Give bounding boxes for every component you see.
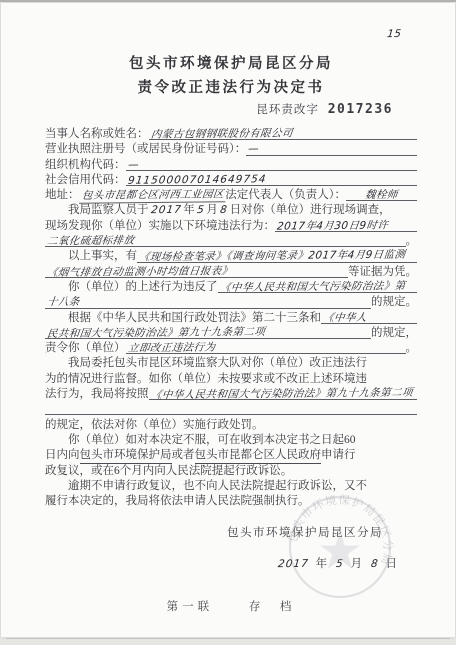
field-credit-code-value: 911500007014649754	[125, 172, 269, 189]
day-char: 日	[230, 203, 242, 218]
copy-designation-row: 第一联 存 档	[45, 599, 417, 615]
date-day-value: 8	[368, 556, 381, 572]
field-address: 地址： 包头市昆都仑区河西工业园区 法定代表人（负责人）： 魏栓师	[45, 188, 417, 203]
document-content: 15 包头市环境保护局昆区分局 责令改正违法行为决定书 昆环责改字 201723…	[45, 25, 417, 615]
appeal-text-3: 政复议，或在6个月内向人民法院提起行政诉讼。	[45, 464, 292, 479]
violation-value-2: 二氧化硫超标排放	[44, 234, 137, 250]
field-org-code-label: 组织机构代码：	[45, 158, 126, 173]
legal-basis-value-1: 《中华人	[320, 310, 369, 326]
field-legal-rep-value: 魏栓师	[362, 188, 400, 204]
inspection-text-pre: 我局监察人员于	[68, 203, 149, 218]
supervision-text-2: 为的情况进行监督。如你（单位）未按要求或不改正上述环境违	[45, 372, 367, 387]
order-value: 立即改正违法行为	[125, 341, 218, 357]
violation-blank-2: 二氧化硫超标排放	[45, 234, 406, 247]
field-credit-code-label: 社会信用代码：	[45, 173, 126, 188]
legal-basis-post: 的规定，	[371, 326, 417, 341]
appeal-review-org-2: 包头市昆都仑区人民政府	[195, 448, 322, 463]
date-day-char: 日	[386, 558, 400, 570]
date-year-char: 年	[316, 558, 330, 570]
legal-basis-pre: 根据《中华人民共和国行政处罚法》第二十三条和	[68, 311, 321, 326]
appeal-text-2-mid: 或者	[172, 448, 195, 463]
violation-blank-1: 2017年4月30日9时许	[275, 219, 417, 232]
field-license: 营业执照注册号（或居民身份证号码）： —	[45, 142, 417, 157]
document-title-agency: 包头市环境保护局昆区分局	[45, 55, 417, 73]
field-party: 当事人名称或姓名： 内蒙古包钢钢联股份有限公司	[45, 127, 417, 142]
decision-date-row: 2017 年 5 月 8 日	[45, 556, 417, 572]
document-number-stamp: 2017236	[328, 102, 393, 117]
violated-article-line: 十八条 的规定。	[45, 295, 417, 310]
legal-basis-line-2: 民共和国大气污染防治法》第九十九条第二项 的规定，	[45, 326, 417, 341]
date-month-char: 月	[351, 558, 365, 570]
order-pre: 责令你（单位）	[45, 341, 126, 356]
evidence-line: 《烟气排放自动监测小时均值日报表》 等证据为凭。	[45, 265, 417, 280]
supervision-line-1: 我局委托包头市昆区环境监察大队对你（单位）改正违法行	[45, 356, 417, 371]
inspection-line: 我局监察人员于 2017 年 5 月 8 日 对你（单位）进行现场调查，	[45, 203, 417, 218]
field-org-code-blank: —	[126, 158, 418, 171]
facts-text-pre: 以上事实，有	[68, 249, 137, 264]
copy-purpose-label: 存 档	[249, 601, 296, 613]
field-legal-rep-label: 法定代表人（负责人）：	[225, 188, 346, 203]
field-org-code: 组织机构代码： —	[45, 158, 417, 173]
empty-underline-line	[45, 402, 417, 417]
violation-label-line: 现场发现你（单位）实施以下环境违法行为： 2017年4月30日9时许	[45, 219, 417, 234]
appeal-review-org-1: 包头市环境保护局	[80, 448, 172, 463]
order-line: 责令你（单位） 立即改正违法行为 。	[45, 341, 417, 356]
field-legal-rep-blank: 魏栓师	[346, 188, 417, 201]
enforcement-line-1: 逾期不申请行政复议，也不向人民法院提起行政诉讼，又不	[45, 479, 417, 494]
evidence-blank-2: 《烟气排放自动监测小时均值日报表》	[45, 265, 348, 278]
field-credit-code-blank: 911500007014649754	[126, 173, 418, 186]
violation-found-label: 现场发现你（单位）实施以下环境违法行为：	[45, 219, 275, 234]
violated-law-post: 的规定。	[371, 295, 417, 310]
field-party-label: 当事人名称或姓名：	[45, 127, 149, 142]
appeal-line-2: 日内向 包头市环境保护局 或者 包头市昆都仑区人民政府 申请行	[45, 448, 417, 463]
document-number-label: 昆环责改字	[256, 104, 319, 116]
inspection-year-value: 2017	[148, 203, 184, 219]
field-license-value: —	[245, 142, 262, 157]
violated-law-value-2: 十八条	[44, 295, 82, 311]
handwritten-corner-number: 15	[384, 27, 404, 42]
field-address-label: 地址：	[45, 188, 80, 203]
supervision-line-2: 为的情况进行监督。如你（单位）未按要求或不改正上述环境违	[45, 372, 417, 387]
field-party-blank: 内蒙古包钢钢联股份有限公司	[149, 127, 418, 140]
legal-basis-value-2: 民共和国大气污染防治法》第九十九条第二项	[44, 325, 268, 343]
violation-value-1: 2017年4月30日9时许	[274, 218, 391, 235]
enforcement-text-1: 逾期不申请行政复议，也不向人民法院提起行政诉讼，又不	[68, 479, 367, 494]
form-body: 当事人名称或姓名： 内蒙古包钢钢联股份有限公司 营业执照注册号（或居民身份证号码…	[45, 127, 417, 509]
copy-number-label: 第一联	[167, 601, 214, 613]
scan-top-edge	[0, 0, 456, 2]
violated-law-pre: 你（单位）的上述行为违反了	[68, 280, 218, 295]
facts-line: 以上事实，有 《现场检查笔录》《调查询问笔录》2017年4月9日监测	[45, 249, 417, 264]
enforcement-text-2: 履行本决定的，我局将依法申请人民法院强制执行。	[45, 494, 310, 509]
evidence-value-1: 《现场检查笔录》《调查询问笔录》2017年4月9日监测	[136, 248, 408, 266]
field-license-label: 营业执照注册号（或居民身份证号码）：	[45, 142, 246, 157]
appeal-text-1: 你（单位）如对本决定不服，可在收到本决定书之日起60	[68, 433, 356, 448]
violated-law-value-1: 《中华人民共和国大气污染防治法》第	[217, 279, 408, 296]
supervision-line-4: 的规定，依法对你（单位）实施行政处罚。	[45, 418, 417, 433]
date-month-value: 5	[333, 556, 346, 572]
issuing-agency-signature: 包头市环境保护局昆区分局	[45, 525, 417, 541]
empty-blank	[45, 402, 417, 414]
field-org-code-value: —	[125, 158, 142, 173]
violated-law-blank-1: 《中华人民共和国大气污染防治法》第	[218, 280, 418, 293]
order-period: 。	[406, 341, 418, 356]
penalty-basis-blank: 《中华人民共和国大气污染防治法》第九十九条第二项	[149, 387, 418, 400]
supervision-text-3: 法行为，我局将按照	[45, 387, 149, 402]
legal-basis-blank-2: 民共和国大气污染防治法》第九十九条第二项	[45, 326, 371, 339]
facts-text-post: 等证据为凭。	[348, 265, 417, 280]
inspection-month-value: 5	[194, 203, 207, 218]
violated-law-blank-2: 十八条	[45, 295, 371, 308]
field-party-value: 内蒙古包钢钢联股份有限公司	[148, 126, 296, 143]
field-address-value: 包头市昆都仑区河西工业园区	[79, 187, 227, 204]
field-credit-code: 社会信用代码： 911500007014649754	[45, 173, 417, 188]
month-char: 月	[206, 203, 218, 218]
inspection-day-value: 8	[217, 203, 230, 218]
appeal-line-3: 政复议，或在6个月内向人民法院提起行政诉讼。	[45, 464, 417, 479]
document-page: 15 包头市环境保护局昆区分局 责令改正违法行为决定书 昆环责改字 201723…	[1, 3, 455, 637]
appeal-line-1: 你（单位）如对本决定不服，可在收到本决定书之日起60	[45, 433, 417, 448]
field-license-blank: —	[246, 142, 417, 155]
enforcement-line-2: 履行本决定的，我局将依法申请人民法院强制执行。	[45, 494, 417, 509]
supervision-line-3: 法行为，我局将按照 《中华人民共和国大气污染防治法》第九十九条第二项	[45, 387, 417, 402]
supervision-text-1: 我局委托包头市昆区环境监察大队对你（单位）改正违法行	[68, 356, 367, 371]
legal-basis-blank-1: 《中华人	[321, 311, 417, 324]
scan-bottom-edge	[6, 638, 450, 639]
legal-basis-line: 根据《中华人民共和国行政处罚法》第二十三条和 《中华人	[45, 311, 417, 326]
year-char: 年	[183, 203, 195, 218]
order-blank: 立即改正违法行为	[126, 341, 406, 354]
penalty-basis-value: 《中华人民共和国大气污染防治法》第九十九条第二项	[147, 386, 415, 404]
violated-law-line: 你（单位）的上述行为违反了 《中华人民共和国大气污染防治法》第	[45, 280, 417, 295]
date-year-value: 2017	[275, 556, 312, 572]
supervision-text-4: 的规定，依法对你（单位）实施行政处罚。	[45, 418, 264, 433]
evidence-blank-1: 《现场检查笔录》《调查询问笔录》2017年4月9日监测	[137, 249, 417, 262]
document-title-type: 责令改正违法行为决定书	[45, 79, 417, 97]
document-number-row: 昆环责改字 2017236	[45, 102, 417, 118]
inspection-text-post: 对你（单位）进行现场调查，	[241, 203, 391, 218]
scanned-document: { "scan": { "corner_note": "15" }, "head…	[0, 0, 456, 645]
appeal-text-2-pre: 日内向	[45, 448, 80, 463]
appeal-text-2-post: 申请行	[321, 448, 356, 463]
evidence-value-2: 《烟气排放自动监测小时均值日报表》	[44, 264, 235, 281]
